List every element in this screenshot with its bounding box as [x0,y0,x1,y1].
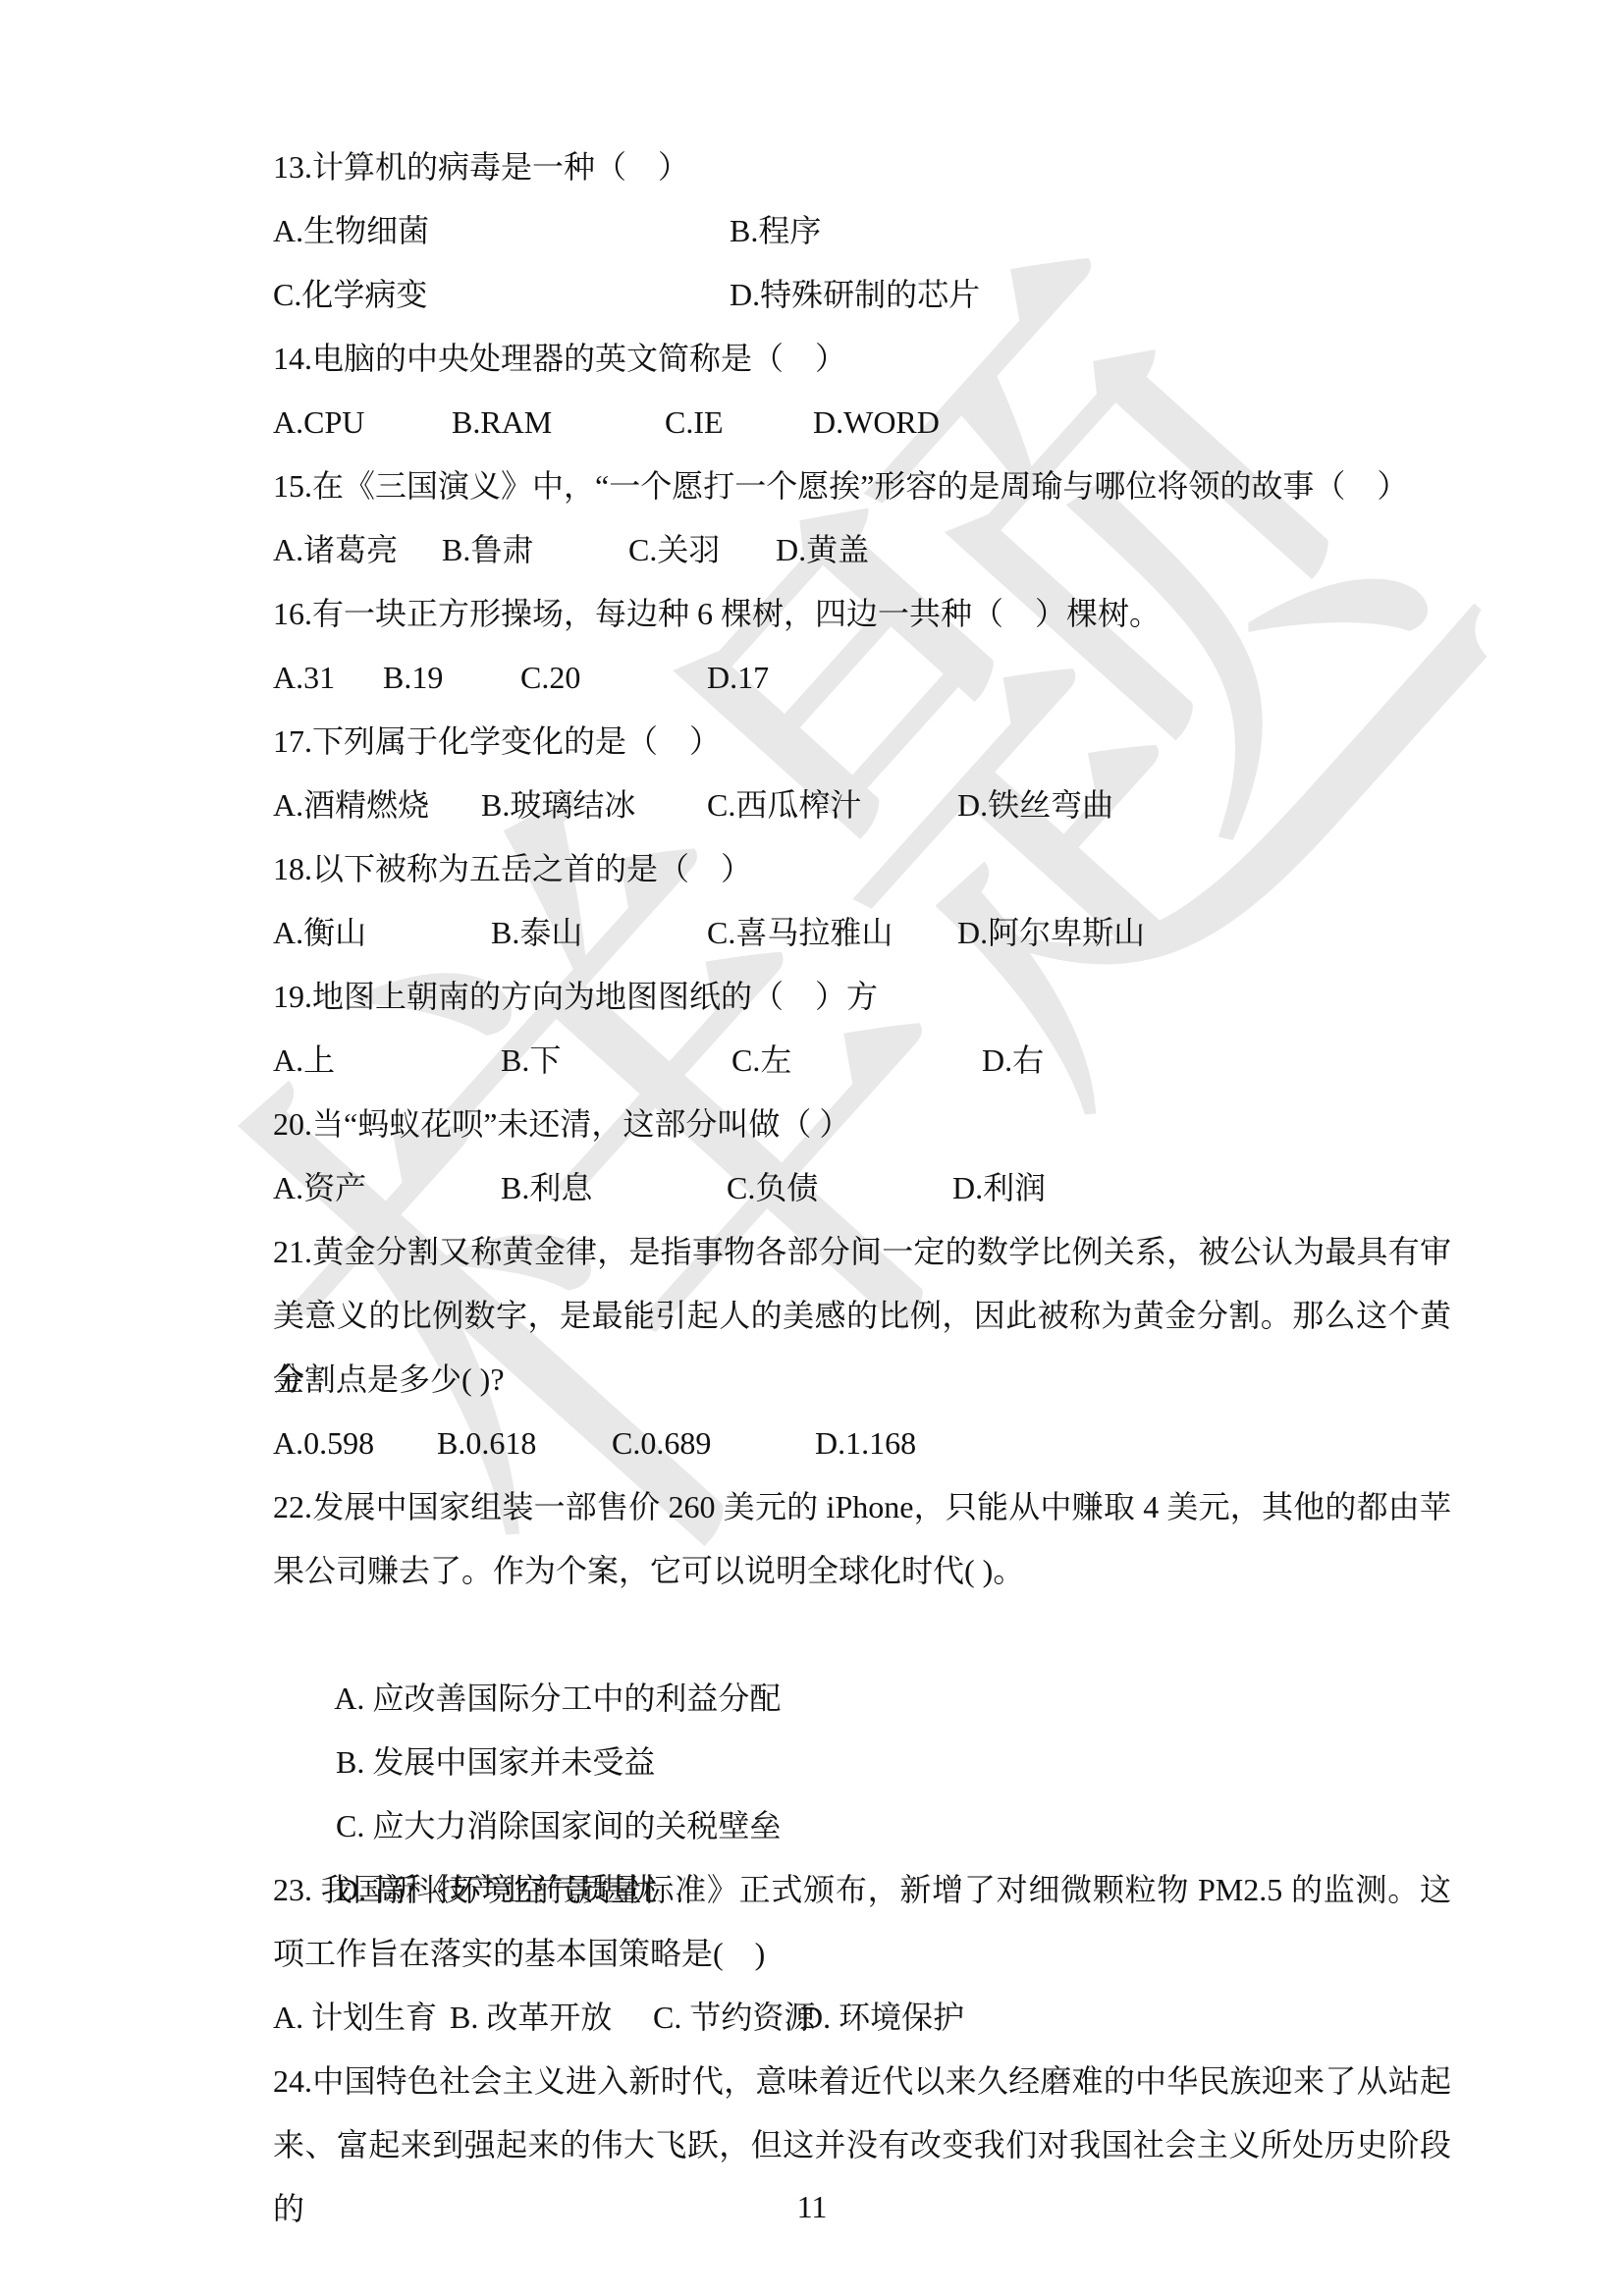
question-text: 果公司赚去了。作为个案，它可以说明全球化时代( )。 [273,1539,1451,1603]
question-14: 14.电脑的中央处理器的英文简称是（ ） A.CPU B.RAM C.IE D.… [273,327,1451,454]
question-18: 18.以下被称为五岳之首的是（ ） A.衡山 B.泰山 C.喜马拉雅山 D.阿尔… [273,837,1451,965]
option: A.生物细菌 [273,199,429,263]
page-number: 11 [0,2191,1624,2222]
option: A.31 [273,646,335,710]
question-22: 22.发展中国家组装一部售价 260 美元的 iPhone，只能从中赚取 4 美… [273,1475,1451,1858]
option: C. 应大力消除国家间的关税壁垒 [336,1808,781,1843]
question-text: 19.地图上朝南的方向为地图图纸的（ ）方 [273,965,1451,1029]
option: B.玻璃结冰 [481,774,635,837]
option: A. 应改善国际分工中的利益分配 [334,1681,781,1716]
option: B.程序 [730,199,821,263]
question-20: 20.当“蚂蚁花呗”未还清，这部分叫做（ ） A.资产 B.利息 C.负债 D.… [273,1093,1451,1220]
option: C.关羽 [628,518,720,582]
option-row: A.酒精燃烧 B.玻璃结冰 C.西瓜榨汁 D.铁丝弯曲 [273,774,1451,837]
option: D.利润 [952,1156,1046,1220]
question-21: 21.黄金分割又称黄金律，是指事物各部分间一定的数学比例关系，被公认为最具有审 … [273,1220,1451,1475]
option: B.鲁肃 [442,518,533,582]
option: A.CPU [273,391,364,454]
option: B.19 [383,646,443,710]
option: A. 计划生育 [273,1986,437,2050]
option: D.WORD [813,391,940,454]
option: C.IE [665,391,724,454]
option: D.17 [707,646,769,710]
question-text: 项工作旨在落实的基本国策略是( ) [273,1922,1451,1986]
question-text: 20.当“蚂蚁花呗”未还清，这部分叫做（ ） [273,1093,1451,1156]
question-text: 23. 我国新《环境空气质量标准》正式颁布，新增了对细微颗粒物 PM2.5 的监… [273,1858,1451,1922]
option: B. 发展中国家并未受益 [336,1744,655,1780]
option: C.20 [520,646,580,710]
option-row: A.CPU B.RAM C.IE D.WORD [273,391,1451,454]
option: C.西瓜榨汁 [707,774,861,837]
option-row: C.化学病变 D.特殊研制的芯片 [273,263,1451,327]
option-row: A.生物细菌 B.程序 [273,199,1451,263]
option: D.特殊研制的芯片 [730,263,980,327]
option-row: A.上 B.下 C.左 D.右 [273,1029,1451,1093]
question-13: 13.计算机的病毒是一种（ ） A.生物细菌 B.程序 C.化学病变 D.特殊研… [273,135,1451,327]
question-text: 16.有一块正方形操场，每边种 6 棵树，四边一共种（ ）棵树。 [273,582,1451,646]
question-text: 17.下列属于化学变化的是（ ） [273,710,1451,774]
option: C.负债 [727,1156,818,1220]
question-23: 23. 我国新《环境空气质量标准》正式颁布，新增了对细微颗粒物 PM2.5 的监… [273,1858,1451,2050]
question-16: 16.有一块正方形操场，每边种 6 棵树，四边一共种（ ）棵树。 A.31 B.… [273,582,1451,710]
question-text: 分割点是多少( )? [273,1348,1451,1412]
option: A.0.598 [273,1412,374,1475]
question-19: 19.地图上朝南的方向为地图图纸的（ ）方 A.上 B.下 C.左 D.右 [273,965,1451,1093]
option: D.1.168 [815,1412,916,1475]
option: B.下 [501,1029,561,1093]
option: A.衡山 [273,901,366,965]
question-text: 13.计算机的病毒是一种（ ） [273,135,1451,199]
option: C.化学病变 [273,263,427,327]
question-text: 24.中国特色社会主义进入新时代，意味着近代以来久经磨难的中华民族迎来了从站起 [273,2050,1451,2113]
question-text: 22.发展中国家组装一部售价 260 美元的 iPhone，只能从中赚取 4 美… [273,1475,1451,1539]
option: A.资产 [273,1156,366,1220]
question-text: 14.电脑的中央处理器的英文简称是（ ） [273,327,1451,391]
option-row: A.衡山 B.泰山 C.喜马拉雅山 D.阿尔卑斯山 [273,901,1451,965]
option: D. 环境保护 [800,1986,964,2050]
document-content: 13.计算机的病毒是一种（ ） A.生物细菌 B.程序 C.化学病变 D.特殊研… [273,135,1451,2177]
option-row: A.31 B.19 C.20 D.17 [273,646,1451,710]
option-row: A.诸葛亮 B.鲁肃 C.关羽 D.黄盖 [273,518,1451,582]
option-row: A. 应改善国际分工中的利益分配 [273,1603,1451,1667]
option: B.泰山 [491,901,582,965]
question-text: 15.在《三国演义》中，“一个愿打一个愿挨”形容的是周瑜与哪位将领的故事（ ） [273,454,1451,518]
option: A.酒精燃烧 [273,774,429,837]
question-text: 来、富起来到强起来的伟大飞跃，但这并没有改变我们对我国社会主义所处历史阶段的 [273,2113,1451,2177]
option: B.0.618 [437,1412,536,1475]
option: C.喜马拉雅山 [707,901,893,965]
document-page: 样题 13.计算机的病毒是一种（ ） A.生物细菌 B.程序 C.化学病变 D.… [0,0,1624,2296]
question-text: 18.以下被称为五岳之首的是（ ） [273,837,1451,901]
option: D.右 [982,1029,1044,1093]
option: C.0.689 [612,1412,711,1475]
option: D.黄盖 [776,518,869,582]
option: B.RAM [452,391,552,454]
option: C.左 [731,1029,791,1093]
option-row: A.资产 B.利息 C.负债 D.利润 [273,1156,1451,1220]
question-15: 15.在《三国演义》中，“一个愿打一个愿挨”形容的是周瑜与哪位将领的故事（ ） … [273,454,1451,582]
question-text: 21.黄金分割又称黄金律，是指事物各部分间一定的数学比例关系，被公认为最具有审 [273,1220,1451,1284]
option: A.诸葛亮 [273,518,398,582]
option: C. 节约资源 [653,1986,815,2050]
option: A.上 [273,1029,335,1093]
question-text: 美意义的比例数字，是最能引起人的美感的比例，因此被称为黄金分割。那么这个黄金 [273,1284,1451,1348]
option: B. 改革开放 [450,1986,612,2050]
option-row: A.0.598 B.0.618 C.0.689 D.1.168 [273,1412,1451,1475]
question-17: 17.下列属于化学变化的是（ ） A.酒精燃烧 B.玻璃结冰 C.西瓜榨汁 D.… [273,710,1451,837]
question-24: 24.中国特色社会主义进入新时代，意味着近代以来久经磨难的中华民族迎来了从站起 … [273,2050,1451,2177]
option: D.铁丝弯曲 [957,774,1113,837]
option-row: A. 计划生育 B. 改革开放 C. 节约资源 D. 环境保护 [273,1986,1451,2050]
option: D.阿尔卑斯山 [957,901,1145,965]
option: B.利息 [501,1156,592,1220]
